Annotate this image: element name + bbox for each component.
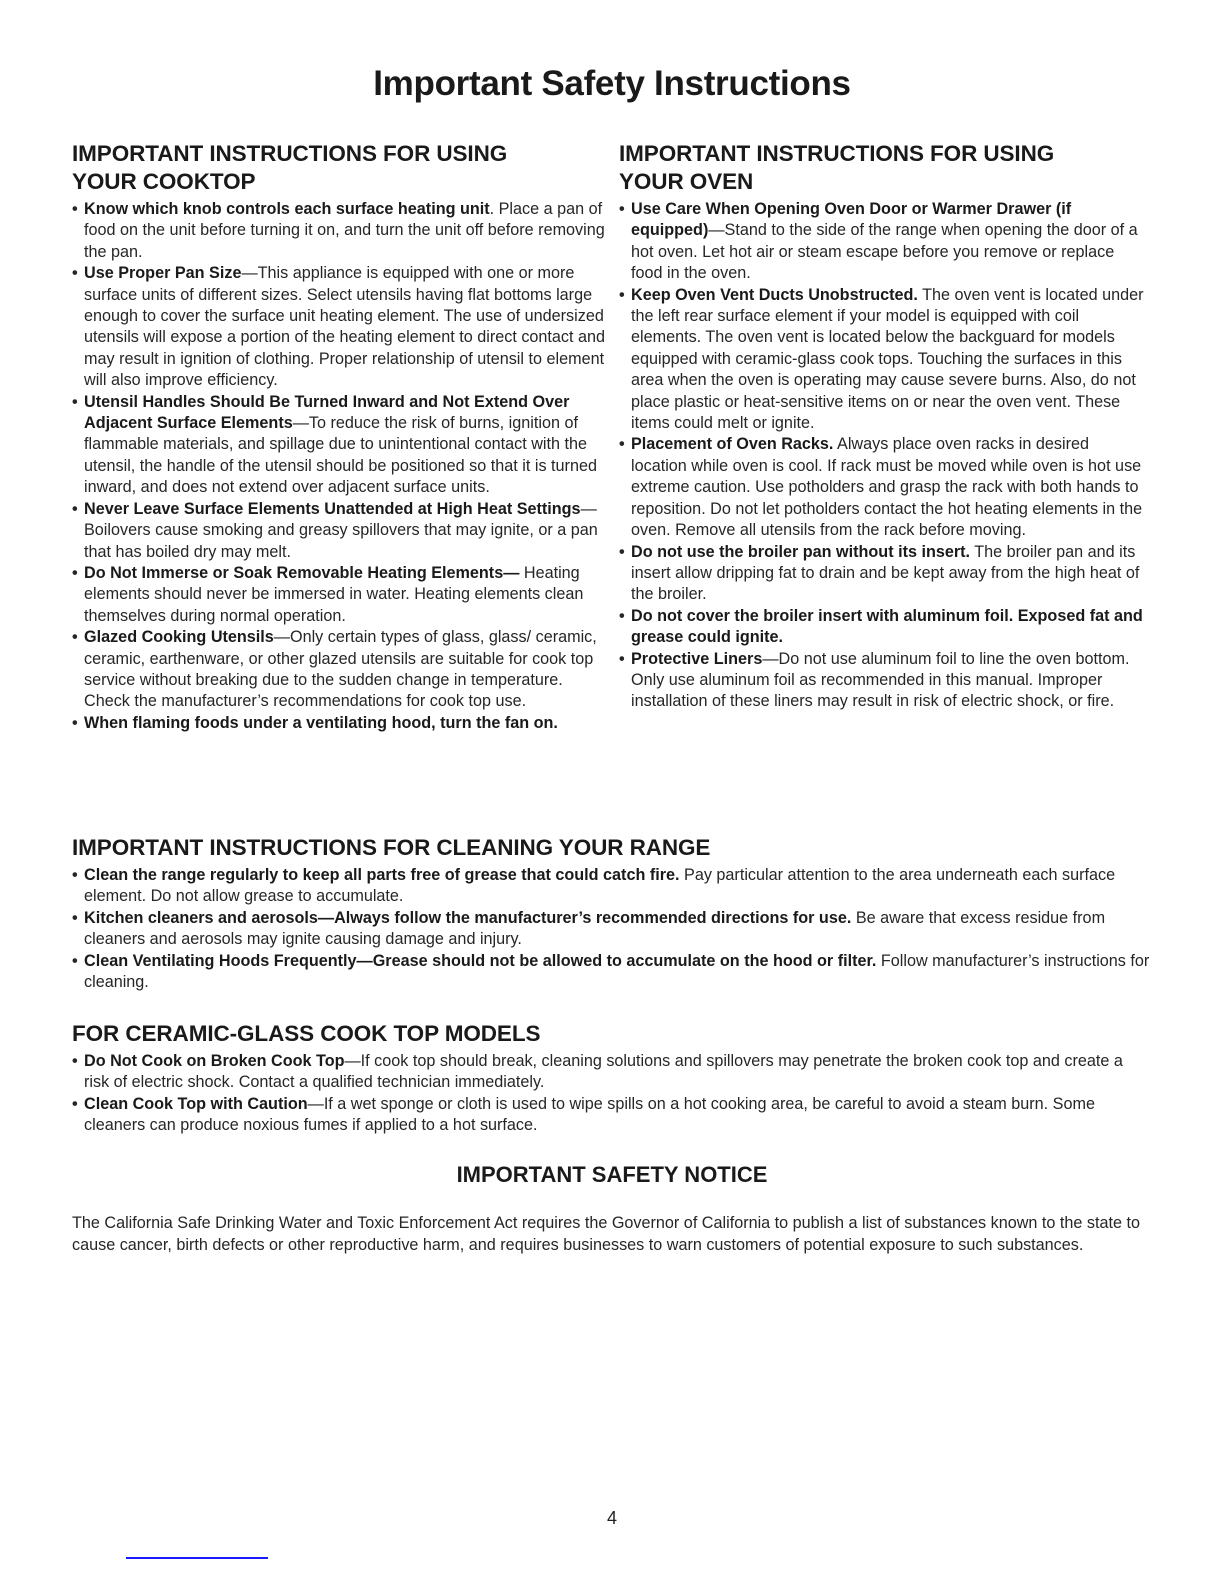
item-bold: Keep Oven Vent Ducts Unobstructed. bbox=[631, 286, 918, 304]
item-bold: Kitchen cleaners and aerosols—Always fol… bbox=[84, 909, 851, 927]
list-item: Do Not Immerse or Soak Removable Heating… bbox=[72, 563, 612, 627]
cleaning-section: IMPORTANT INSTRUCTIONS FOR CLEANING YOUR… bbox=[72, 834, 1152, 993]
ceramic-section: FOR CERAMIC-GLASS COOK TOP MODELS Do Not… bbox=[72, 1020, 1152, 1137]
oven-list: Use Care When Opening Oven Door or Warme… bbox=[619, 199, 1149, 713]
list-item: Keep Oven Vent Ducts Unobstructed. The o… bbox=[619, 285, 1149, 435]
cooktop-heading-line2: YOUR COOKTOP bbox=[72, 168, 612, 196]
list-item: Clean Cook Top with Caution—If a wet spo… bbox=[72, 1094, 1152, 1137]
list-item: Do not cover the broiler insert with alu… bbox=[619, 606, 1149, 649]
cooktop-list: Know which knob controls each surface he… bbox=[72, 199, 612, 734]
page-number: 4 bbox=[0, 1508, 1224, 1529]
item-bold: Use Proper Pan Size bbox=[84, 264, 241, 282]
oven-heading-line2: YOUR OVEN bbox=[619, 168, 1149, 196]
item-bold: Glazed Cooking Utensils bbox=[84, 628, 274, 646]
cooktop-heading: IMPORTANT INSTRUCTIONS FOR USING YOUR CO… bbox=[72, 140, 612, 196]
list-item: Do Not Cook on Broken Cook Top—If cook t… bbox=[72, 1051, 1152, 1094]
item-bold: Do Not Immerse or Soak Removable Heating… bbox=[84, 564, 519, 582]
list-item: Clean Ventilating Hoods Frequently—Greas… bbox=[72, 951, 1152, 994]
item-bold: Placement of Oven Racks. bbox=[631, 435, 833, 453]
item-bold: Clean Ventilating Hoods Frequently—Greas… bbox=[84, 952, 876, 970]
item-bold: Do not use the broiler pan without its i… bbox=[631, 543, 970, 561]
list-item: Use Proper Pan Size—This appliance is eq… bbox=[72, 263, 612, 391]
list-item: Utensil Handles Should Be Turned Inward … bbox=[72, 392, 612, 499]
list-item: Placement of Oven Racks. Always place ov… bbox=[619, 434, 1149, 541]
item-bold: Do Not Cook on Broken Cook Top bbox=[84, 1052, 344, 1070]
list-item: Do not use the broiler pan without its i… bbox=[619, 542, 1149, 606]
notice-heading: IMPORTANT SAFETY NOTICE bbox=[0, 1162, 1224, 1188]
ceramic-list: Do Not Cook on Broken Cook Top—If cook t… bbox=[72, 1051, 1152, 1137]
notice-body: The California Safe Drinking Water and T… bbox=[72, 1212, 1152, 1256]
list-item: Glazed Cooking Utensils—Only certain typ… bbox=[72, 627, 612, 713]
oven-heading: IMPORTANT INSTRUCTIONS FOR USING YOUR OV… bbox=[619, 140, 1149, 196]
item-bold: Know which knob controls each surface he… bbox=[84, 200, 490, 218]
list-item: Know which knob controls each surface he… bbox=[72, 199, 612, 263]
item-text: —This appliance is equipped with one or … bbox=[84, 264, 605, 389]
item-bold: Clean Cook Top with Caution bbox=[84, 1095, 308, 1113]
item-text: The oven vent is located under the left … bbox=[631, 286, 1144, 432]
oven-heading-line1: IMPORTANT INSTRUCTIONS FOR USING bbox=[619, 140, 1149, 168]
cleaning-heading: IMPORTANT INSTRUCTIONS FOR CLEANING YOUR… bbox=[72, 834, 1152, 862]
cooktop-heading-line1: IMPORTANT INSTRUCTIONS FOR USING bbox=[72, 140, 612, 168]
cleaning-list: Clean the range regularly to keep all pa… bbox=[72, 865, 1152, 993]
item-bold: Clean the range regularly to keep all pa… bbox=[84, 866, 680, 884]
list-item: Protective Liners—Do not use aluminum fo… bbox=[619, 649, 1149, 713]
list-item: When flaming foods under a ventilating h… bbox=[72, 713, 612, 734]
footer-rule bbox=[126, 1557, 268, 1559]
item-bold: Never Leave Surface Elements Unattended … bbox=[84, 500, 581, 518]
item-bold: Protective Liners bbox=[631, 650, 762, 668]
page-title: Important Safety Instructions bbox=[0, 64, 1224, 104]
list-item: Use Care When Opening Oven Door or Warme… bbox=[619, 199, 1149, 285]
item-bold: Do not cover the broiler insert with alu… bbox=[631, 607, 1143, 646]
list-item: Clean the range regularly to keep all pa… bbox=[72, 865, 1152, 908]
oven-section: IMPORTANT INSTRUCTIONS FOR USING YOUR OV… bbox=[619, 140, 1149, 713]
list-item: Kitchen cleaners and aerosols—Always fol… bbox=[72, 908, 1152, 951]
list-item: Never Leave Surface Elements Unattended … bbox=[72, 499, 612, 563]
ceramic-heading: FOR CERAMIC-GLASS COOK TOP MODELS bbox=[72, 1020, 1152, 1048]
cooktop-section: IMPORTANT INSTRUCTIONS FOR USING YOUR CO… bbox=[72, 140, 612, 734]
item-bold: When flaming foods under a ventilating h… bbox=[84, 714, 558, 732]
